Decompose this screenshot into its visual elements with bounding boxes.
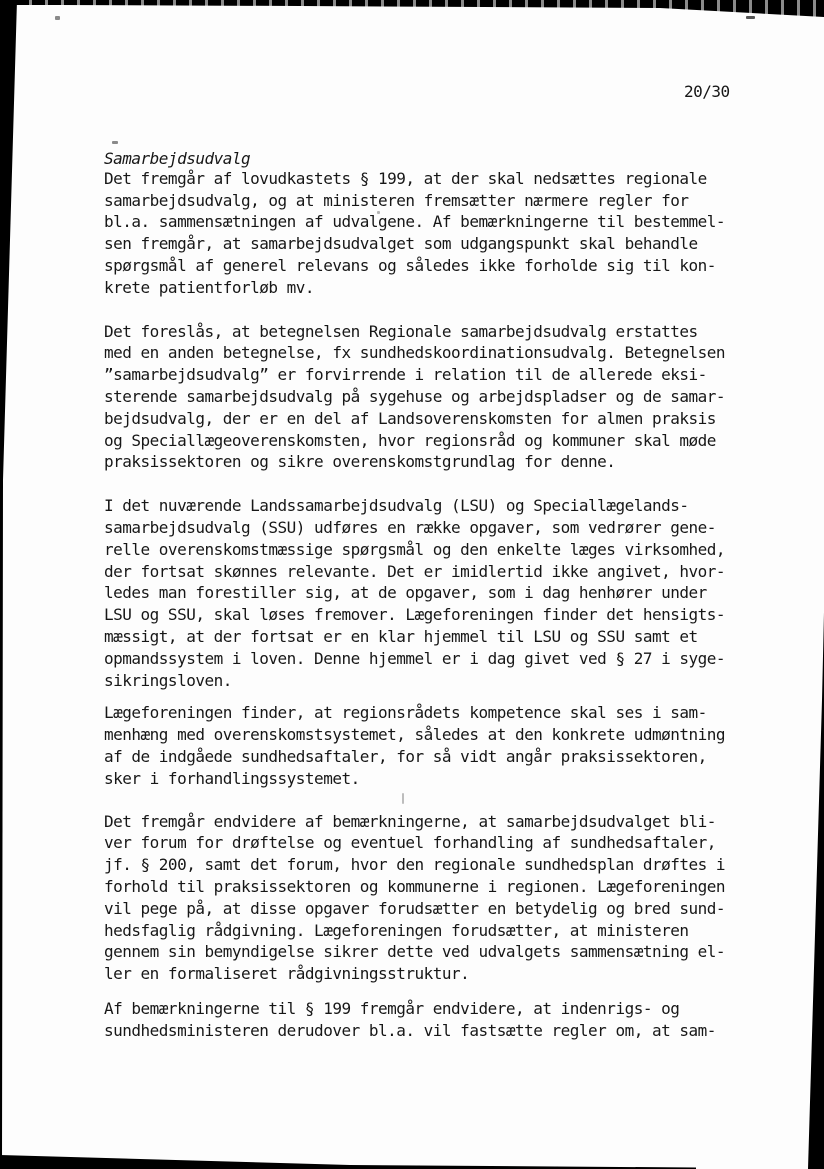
- scanned-document-page: 20/30 Samarbejdsudvalg Det fremgår af lo…: [0, 0, 824, 1169]
- scan-edge-right: [804, 0, 824, 1169]
- scan-speck: [746, 16, 755, 19]
- scan-edge-left: [0, 0, 20, 1169]
- page-number: 20/30: [684, 81, 730, 103]
- paragraph-2: Det foreslås, at betegnelsen Regionale s…: [104, 321, 794, 474]
- scan-edge-top-dashed: [0, 0, 824, 18]
- document-body: Samarbejdsudvalg Det fremgår af lovudkas…: [104, 148, 794, 1041]
- paragraph-3: I det nuværende Landssamarbejdsudvalg (L…: [104, 495, 794, 691]
- scan-edge-bottom: [0, 1147, 700, 1169]
- scan-speck: [55, 16, 60, 20]
- paragraph-4: Lægeforeningen finder, at regionsrådets …: [104, 702, 794, 789]
- paragraph-1: Det fremgår af lovudkastets § 199, at de…: [104, 168, 794, 299]
- scan-speck: [402, 793, 404, 804]
- paragraph-5: Det fremgår endvidere af bemærkningerne,…: [104, 811, 794, 985]
- scan-speck: [377, 211, 380, 214]
- paragraph-6: Af bemærkningerne til § 199 fremgår endv…: [104, 998, 794, 1042]
- section-heading: Samarbejdsudvalg: [104, 148, 794, 170]
- scan-speck: [112, 141, 118, 144]
